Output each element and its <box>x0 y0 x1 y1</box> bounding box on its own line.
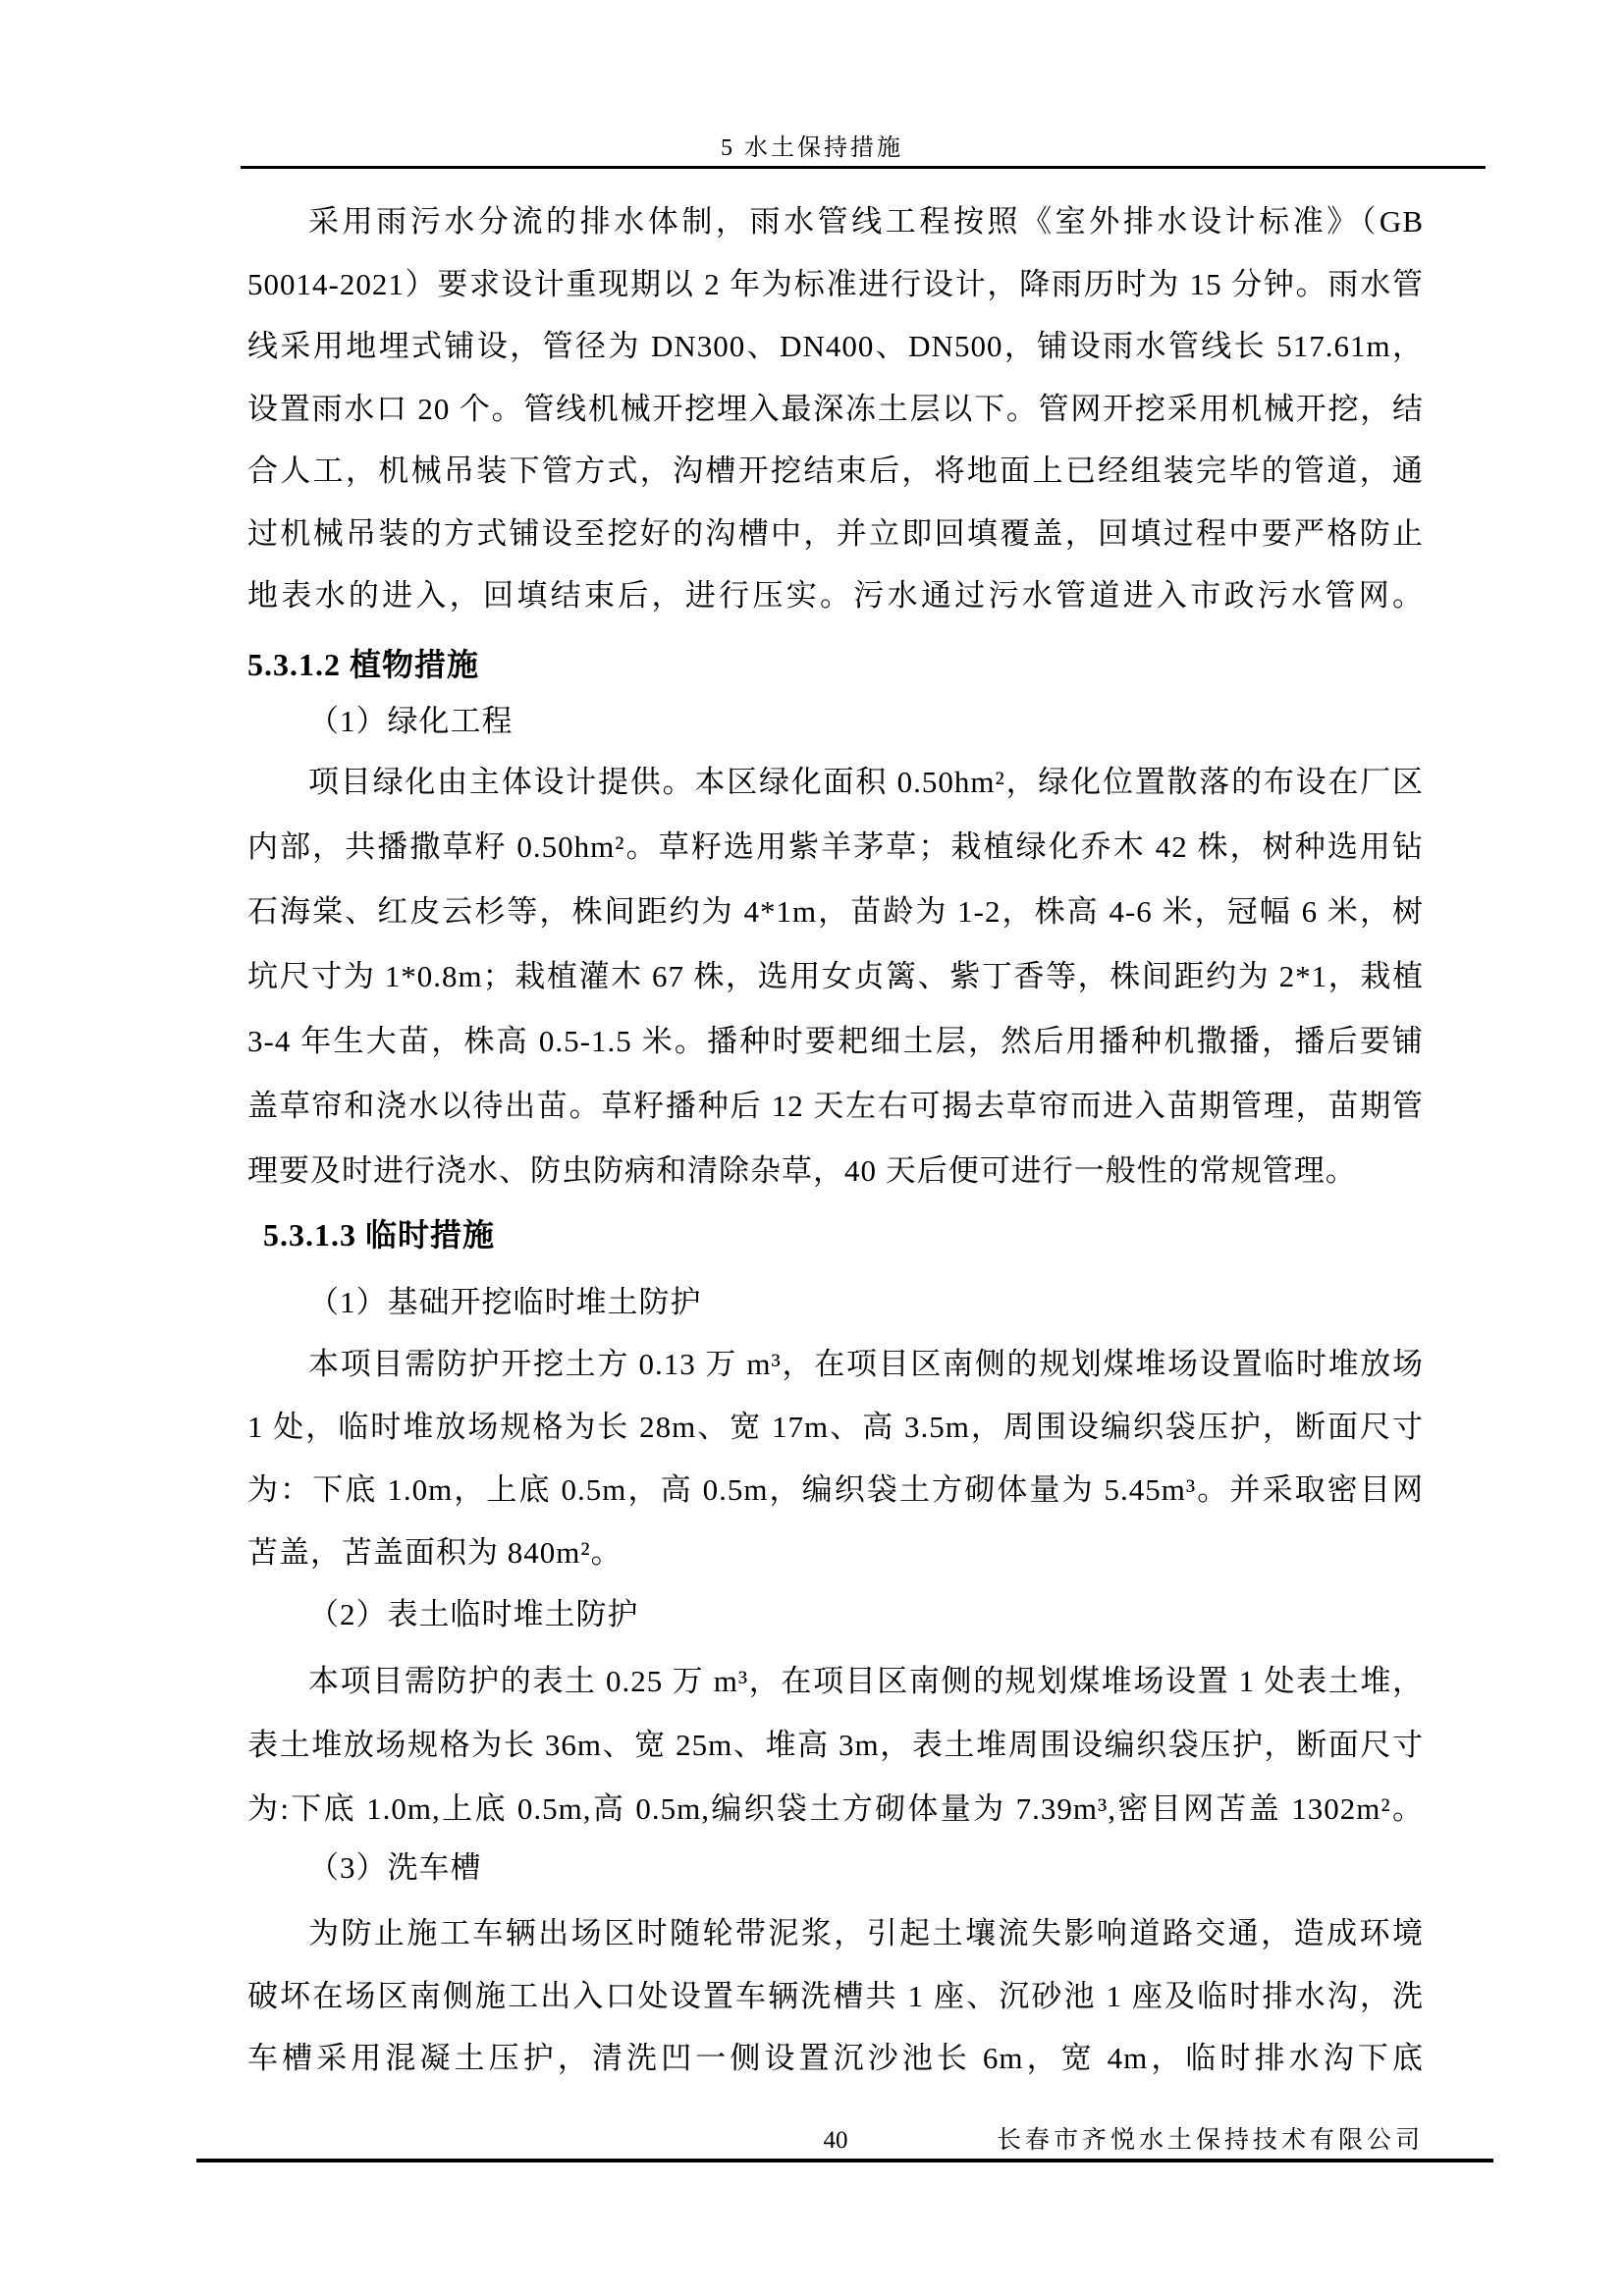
document-page: 5 水土保持措施 采用雨污水分流的排水体制，雨水管线工程按照《室外排水设计标准》… <box>0 0 1624 2296</box>
paragraph-line: 线采用地埋式铺设，管径为 DN300、DN400、DN500，铺设雨水管线长 5… <box>247 315 1424 378</box>
body-paragraph: 本项目需防护开挖土方 0.13 万 m³，在项目区南侧的规划煤堆场设置临时堆放场… <box>247 1333 1424 1584</box>
paragraph-line: 坑尺寸为 1*0.8m；栽植灌木 67 株，选用女贞篱、紫丁香等，株间距约为 2… <box>247 944 1424 1009</box>
footer-divider-line <box>196 2159 1493 2163</box>
paragraph-line: 3-4 年生大苗，株高 0.5-1.5 米。播种时要耙细土层，然后用播种机撒播，… <box>247 1009 1424 1074</box>
paragraph-line: 为：下底 1.0m，上底 0.5m，高 0.5m，编织袋土方砌体量为 5.45m… <box>247 1459 1424 1522</box>
body-paragraph: 采用雨污水分流的排水体制，雨水管线工程按照《室外排水设计标准》（GB50014-… <box>247 190 1424 627</box>
paragraph-line: 本项目需防护的表土 0.25 万 m³，在项目区南侧的规划煤堆场设置 1 处表土… <box>247 1649 1424 1713</box>
paragraph-line: 过机械吊装的方式铺设至挖好的沟槽中，并立即回填覆盖，回填过程中要严格防止 <box>247 503 1424 565</box>
paragraph-line: 地表水的进入，回填结束后，进行压实。污水通过污水管道进入市政污水管网。 <box>247 564 1424 627</box>
paragraph-line: 破坏在场区南侧施工出入口处设置车辆洗槽共 1 座、沉砂池 1 座及临时排水沟，洗 <box>247 1965 1424 2028</box>
body-paragraph: 项目绿化由主体设计提供。本区绿化面积 0.50hm²，绿化位置散落的布设在厂区内… <box>247 750 1424 1203</box>
list-item-heading: （2）表土临时堆土防护 <box>247 1583 1424 1646</box>
paragraph-line: 设置雨水口 20 个。管线机械开挖埋入最深冻土层以下。管网开挖采用机械开挖，结 <box>247 378 1424 441</box>
paragraph-line: 为防止施工车辆出场区时随轮带泥浆，引起土壤流失影响道路交通，造成环境 <box>247 1902 1424 1965</box>
paragraph-line: 采用雨污水分流的排水体制，雨水管线工程按照《室外排水设计标准》（GB <box>247 190 1424 253</box>
paragraph-line: 合人工，机械吊装下管方式，沟槽开挖结束后，将地面上已经组装完毕的管道，通 <box>247 440 1424 503</box>
paragraph-line: 为:下底 1.0m,上底 0.5m,高 0.5m,编织袋土方砌体量为 7.39m… <box>247 1777 1424 1841</box>
paragraph-line: 项目绿化由主体设计提供。本区绿化面积 0.50hm²，绿化位置散落的布设在厂区 <box>247 750 1424 815</box>
paragraph-line: 50014-2021）要求设计重现期以 2 年为标准进行设计，降雨历时为 15 … <box>247 253 1424 316</box>
header-divider-line <box>241 166 1486 169</box>
paragraph-line: 理要及时进行浇水、防虫防病和清除杂草，40 天后便可进行一般性的常规管理。 <box>247 1139 1424 1203</box>
paragraph-line: 盖草帘和浇水以待出苗。草籽播种后 12 天左右可揭去草帘而进入苗期管理，苗期管 <box>247 1074 1424 1139</box>
paragraph-line: 苫盖，苫盖面积为 840m²。 <box>247 1522 1424 1584</box>
page-header-chapter-title: 5 水土保持措施 <box>0 128 1624 162</box>
paragraph-line: 表土堆放场规格为长 36m、宽 25m、堆高 3m，表土堆周围设编织袋压护，断面… <box>247 1713 1424 1777</box>
section-heading: 5.3.1.2 植物措施 <box>247 633 1424 696</box>
paragraph-line: 1 处，临时堆放场规格为长 28m、宽 17m、高 3.5m，周围设编织袋压护，… <box>247 1396 1424 1459</box>
paragraph-line: 车槽采用混凝土压护，清洗凹一侧设置沉沙池长 6m，宽 4m，临时排水沟下底 0.… <box>247 2027 1424 2090</box>
list-item-heading: （3）洗车槽 <box>247 1837 1424 1899</box>
footer-company-name: 长春市齐悦水土保持技术有限公司 <box>997 2126 1424 2156</box>
paragraph-line: 本项目需防护开挖土方 0.13 万 m³，在项目区南侧的规划煤堆场设置临时堆放场 <box>247 1333 1424 1396</box>
body-paragraph: 为防止施工车辆出场区时随轮带泥浆，引起土壤流失影响道路交通，造成环境破坏在场区南… <box>247 1902 1424 2090</box>
paragraph-line: 内部，共播撒草籽 0.50hm²。草籽选用紫羊茅草；栽植绿化乔木 42 株，树种… <box>247 815 1424 880</box>
list-item-heading: （1）绿化工程 <box>247 690 1424 753</box>
paragraph-line: 石海棠、红皮云杉等，株间距约为 4*1m，苗龄为 1-2，株高 4-6 米，冠幅… <box>247 880 1424 944</box>
section-heading: 5.3.1.3 临时措施 <box>247 1203 1439 1266</box>
list-item-heading: （1）基础开挖临时堆土防护 <box>247 1271 1424 1334</box>
body-paragraph: 本项目需防护的表土 0.25 万 m³，在项目区南侧的规划煤堆场设置 1 处表土… <box>247 1649 1424 1841</box>
